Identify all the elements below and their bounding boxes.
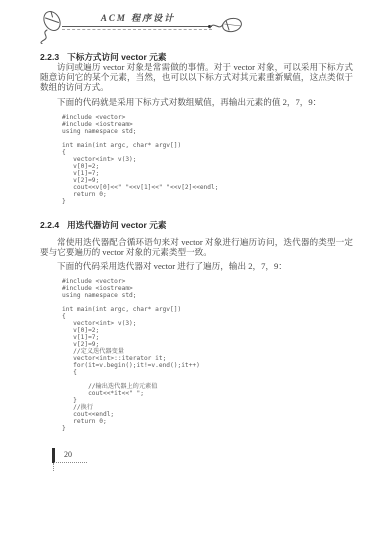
code-line: #include <iostream> (62, 121, 352, 128)
footer-bar (52, 448, 55, 463)
code-line: return 0; (62, 191, 352, 198)
code-line: } (62, 425, 352, 432)
code-line: using namespace std; (62, 128, 352, 135)
mouse-doodle-right-icon (204, 14, 244, 40)
book-page: ACM 程序设计 2.2.3下标方式访问 vector 元素 访问或遍历 vec… (0, 0, 390, 546)
code-line: { (62, 369, 352, 376)
code-line: { (62, 313, 352, 320)
section-title: 下标方式访问 vector 元素 (67, 52, 166, 62)
mouse-doodle-left-icon (38, 8, 64, 44)
page-number: 20 (64, 450, 72, 459)
section-number: 2.2.4 (40, 220, 59, 230)
code-line: v[0]=2; (62, 163, 352, 170)
code-line (62, 135, 352, 142)
code-line: for(it=v.begin();it!=v.end();it++) (62, 362, 352, 369)
section-224-lead-in: 下面的代码采用迭代器对 vector 进行了遍历，输出 2，7，9： (40, 262, 353, 272)
code-line: //输出迭代器上的元素值 (62, 383, 352, 390)
code-line: //定义迭代器变量 (62, 348, 352, 355)
code-line: #include <vector> (62, 114, 352, 121)
code-line: using namespace std; (62, 292, 352, 299)
code-line: cout<<endl; (62, 411, 352, 418)
code-line: vector<int> v(3); (62, 156, 352, 163)
code-block-subscript: #include <vector>#include <iostream>usin… (62, 114, 352, 205)
code-line: vector<int>::iterator it; (62, 355, 352, 362)
code-line: cout<<v[0]<<" "<<v[1]<<" "<<v[2]<<endl; (62, 184, 352, 191)
code-line: { (62, 149, 352, 156)
page-header: ACM 程序设计 (38, 8, 248, 44)
code-line: #include <vector> (62, 278, 352, 285)
footer-dotted-rule (54, 462, 87, 463)
footer-bar-dotted (53, 463, 54, 471)
code-line (62, 376, 352, 383)
code-line: v[2]=9; (62, 177, 352, 184)
code-line: int main(int argc, char* argv[]) (62, 306, 352, 313)
code-line: } (62, 198, 352, 205)
code-block-iterator: #include <vector>#include <iostream>usin… (62, 278, 352, 432)
code-line: int main(int argc, char* argv[]) (62, 142, 352, 149)
code-line: //换行 (62, 404, 352, 411)
page-footer: 20 (52, 448, 112, 472)
code-line (62, 299, 352, 306)
section-223-lead-in: 下面的代码就是采用下标方式对数组赋值，再输出元素的值 2，7，9： (40, 98, 353, 108)
code-line: #include <iostream> (62, 285, 352, 292)
code-line: v[2]=9; (62, 341, 352, 348)
header-rule (62, 26, 212, 30)
section-title: 用迭代器访问 vector 元素 (67, 220, 166, 230)
header-title: ACM 程序设计 (68, 11, 208, 24)
section-number: 2.2.3 (40, 52, 59, 62)
section-223-paragraph: 访问或遍历 vector 对象是常需做的事情。对于 vector 对象，可以采用… (40, 63, 353, 92)
code-line: return 0; (62, 418, 352, 425)
section-224-paragraph: 常使用迭代器配合循环语句来对 vector 对象进行遍历访问，迭代器的类型一定要… (40, 238, 353, 258)
code-line: cout<<*it<<" "; (62, 390, 352, 397)
section-heading-224: 2.2.4用迭代器访问 vector 元素 (40, 219, 166, 231)
code-line: vector<int> v(3); (62, 320, 352, 327)
code-line: v[0]=2; (62, 327, 352, 334)
code-line: v[1]=7; (62, 334, 352, 341)
code-line: v[1]=7; (62, 170, 352, 177)
code-line: } (62, 397, 352, 404)
